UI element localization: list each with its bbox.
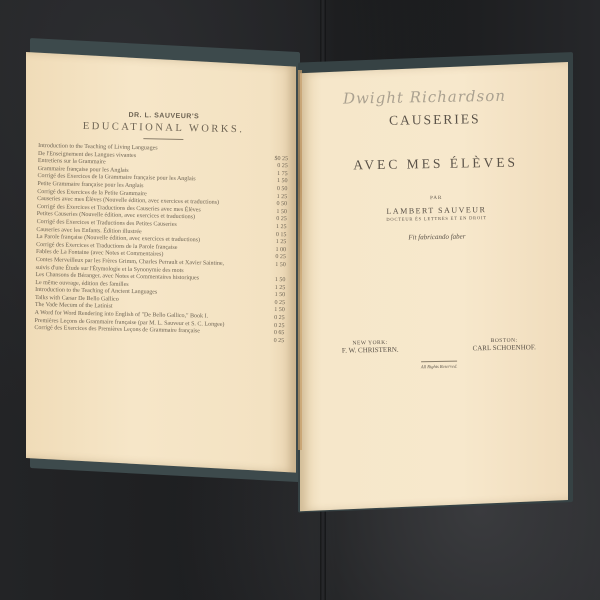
divider bbox=[143, 138, 183, 140]
handwritten-signature: Dwight Richardson bbox=[280, 86, 568, 109]
publisher-ny: NEW YORK: F. W. CHRISTERN. bbox=[342, 340, 399, 355]
book-title-line2: AVEC MES ÉLÈVES bbox=[302, 154, 570, 175]
works-list: Introduction to the Teaching of Living L… bbox=[34, 143, 288, 346]
work-price: 1 50 bbox=[264, 262, 286, 278]
series-title: EDUCATIONAL WORKS. bbox=[39, 120, 289, 136]
publisher-name: CARL SCHOENHOF. bbox=[472, 343, 535, 352]
imprint: NEW YORK: F. W. CHRISTERN. BOSTON: CARL … bbox=[305, 337, 573, 356]
motto: Fit fabricando faber bbox=[303, 231, 571, 244]
rights-notice: All Rights Reserved. bbox=[421, 361, 458, 370]
work-price: 0 25 bbox=[262, 338, 284, 346]
by-label: PAR bbox=[302, 194, 570, 204]
book-title-line1: CAUSERIES bbox=[301, 110, 569, 131]
publisher-name: F. W. CHRISTERN. bbox=[342, 346, 399, 355]
publisher-boston: BOSTON: CARL SCHOENHOF. bbox=[472, 337, 536, 352]
advertisement-page: DR. L. SAUVEUR'S EDUCATIONAL WORKS. Intr… bbox=[34, 60, 290, 346]
title-page: Dwight Richardson CAUSERIES AVEC MES ÉLÈ… bbox=[300, 68, 573, 376]
